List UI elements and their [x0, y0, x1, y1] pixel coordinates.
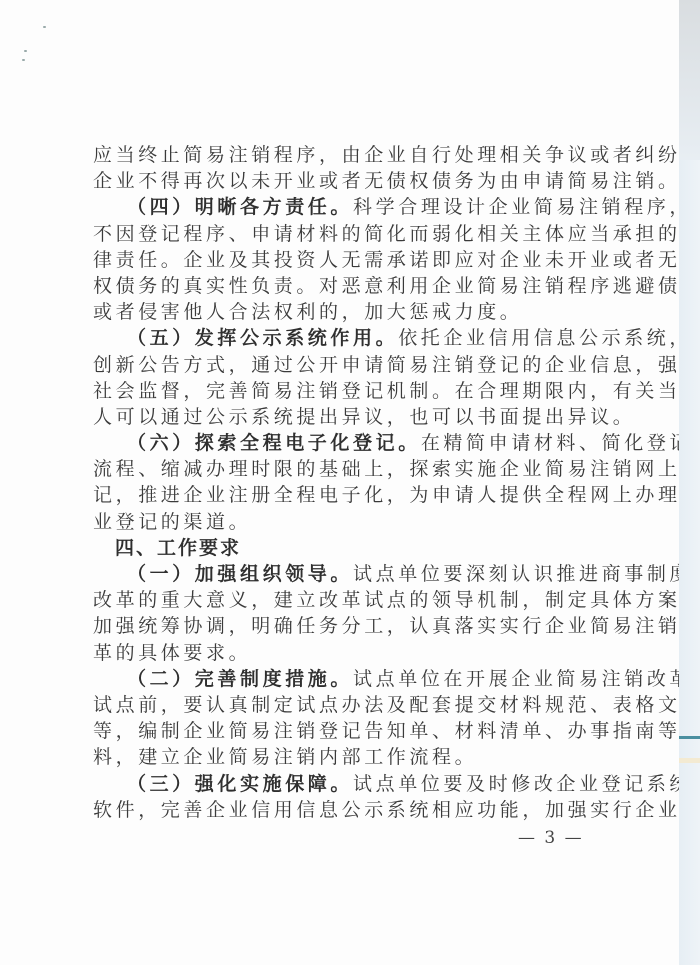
text-line: 创新公告方式，通过公开申请简易注销登记的企业信息，强化: [93, 352, 598, 378]
text-run: 科学合理设计企业简易注销程序，: [353, 196, 692, 218]
text-line: 革的具体要求。: [93, 640, 598, 666]
text-run: 试点单位在开展企业简易注销改革: [353, 668, 692, 690]
text-run: 在精简申请材料、简化登记: [421, 432, 692, 454]
paragraph-start: （五）发挥公示系统作用。依托企业信用信息公示系统，: [93, 325, 598, 351]
subheading: （五）发挥公示系统作用。: [127, 327, 398, 349]
scan-speck: [22, 59, 25, 61]
paragraph-start: （四）明晰各方责任。科学合理设计企业简易注销程序，: [93, 194, 598, 220]
text-line: 改革的重大意义，建立改革试点的领导机制，制定具体方案，: [93, 587, 598, 613]
text-line: 企业不得再次以未开业或者无债权债务为由申请简易注销。: [93, 168, 598, 194]
text-line: 权债务的真实性负责。对恶意利用企业简易注销程序逃避债务: [93, 273, 598, 299]
text-line: 律责任。企业及其投资人无需承诺即应对企业未开业或者无债: [93, 247, 598, 273]
text-line: 流程、缩减办理时限的基础上，探索实施企业简易注销网上登: [93, 456, 598, 482]
document-body: 应当终止简易注销程序，由企业自行处理相关争议或者纠纷。 企业不得再次以未开业或者…: [93, 142, 598, 823]
subheading: （二）完善制度措施。: [127, 668, 353, 690]
edge-accent-line: [679, 736, 700, 739]
subheading: （四）明晰各方责任。: [127, 196, 353, 218]
scan-speck: [43, 26, 46, 28]
paragraph-start: （一）加强组织领导。试点单位要深刻认识推进商事制度: [93, 561, 598, 587]
text-run: 试点单位要深刻认识推进商事制度: [353, 563, 692, 585]
text-line: 社会监督，完善简易注销登记机制。在合理期限内，有关当事: [93, 378, 598, 404]
page-number: — 3 —: [518, 828, 584, 848]
subheading: （一）加强组织领导。: [127, 563, 353, 585]
text-line: 或者侵害他人合法权利的，加大惩戒力度。: [93, 299, 598, 325]
page-edge-strip: [679, 0, 700, 965]
paragraph-start: （六）探索全程电子化登记。在精简申请材料、简化登记: [93, 430, 598, 456]
text-line: 业登记的渠道。: [93, 509, 598, 535]
text-line: 不因登记程序、申请材料的简化而弱化相关主体应当承担的法: [93, 221, 598, 247]
text-line: 人可以通过公示系统提出异议，也可以书面提出异议。: [93, 404, 598, 430]
text-line: 料，建立企业简易注销内部工作流程。: [93, 744, 598, 770]
scan-speck: [24, 50, 27, 52]
section-heading: 四、工作要求: [93, 535, 598, 561]
text-line: 记，推进企业注册全程电子化，为申请人提供全程网上办理企: [93, 482, 598, 508]
subheading: （三）强化实施保障。: [127, 773, 353, 795]
text-line: 等，编制企业简易注销登记告知单、材料清单、办事指南等材: [93, 718, 598, 744]
edge-mark: [679, 758, 700, 763]
subheading: （六）探索全程电子化登记。: [127, 432, 421, 454]
text-line: 试点前，要认真制定试点办法及配套提交材料规范、表格文书: [93, 692, 598, 718]
paragraph-start: （三）强化实施保障。试点单位要及时修改企业登记系统: [93, 771, 598, 797]
text-line: 应当终止简易注销程序，由企业自行处理相关争议或者纠纷。: [93, 142, 598, 168]
paragraph-start: （二）完善制度措施。试点单位在开展企业简易注销改革: [93, 666, 598, 692]
scanned-page: 应当终止简易注销程序，由企业自行处理相关争议或者纠纷。 企业不得再次以未开业或者…: [0, 0, 679, 965]
text-line: 软件，完善企业信用信息公示系统相应功能，加强实行企业简: [93, 797, 598, 823]
edge-shadow: [679, 0, 700, 160]
text-line: 加强统筹协调，明确任务分工，认真落实实行企业简易注销改: [93, 613, 598, 639]
text-run: 试点单位要及时修改企业登记系统: [353, 773, 692, 795]
text-run: 依托企业信用信息公示系统，: [398, 327, 692, 349]
